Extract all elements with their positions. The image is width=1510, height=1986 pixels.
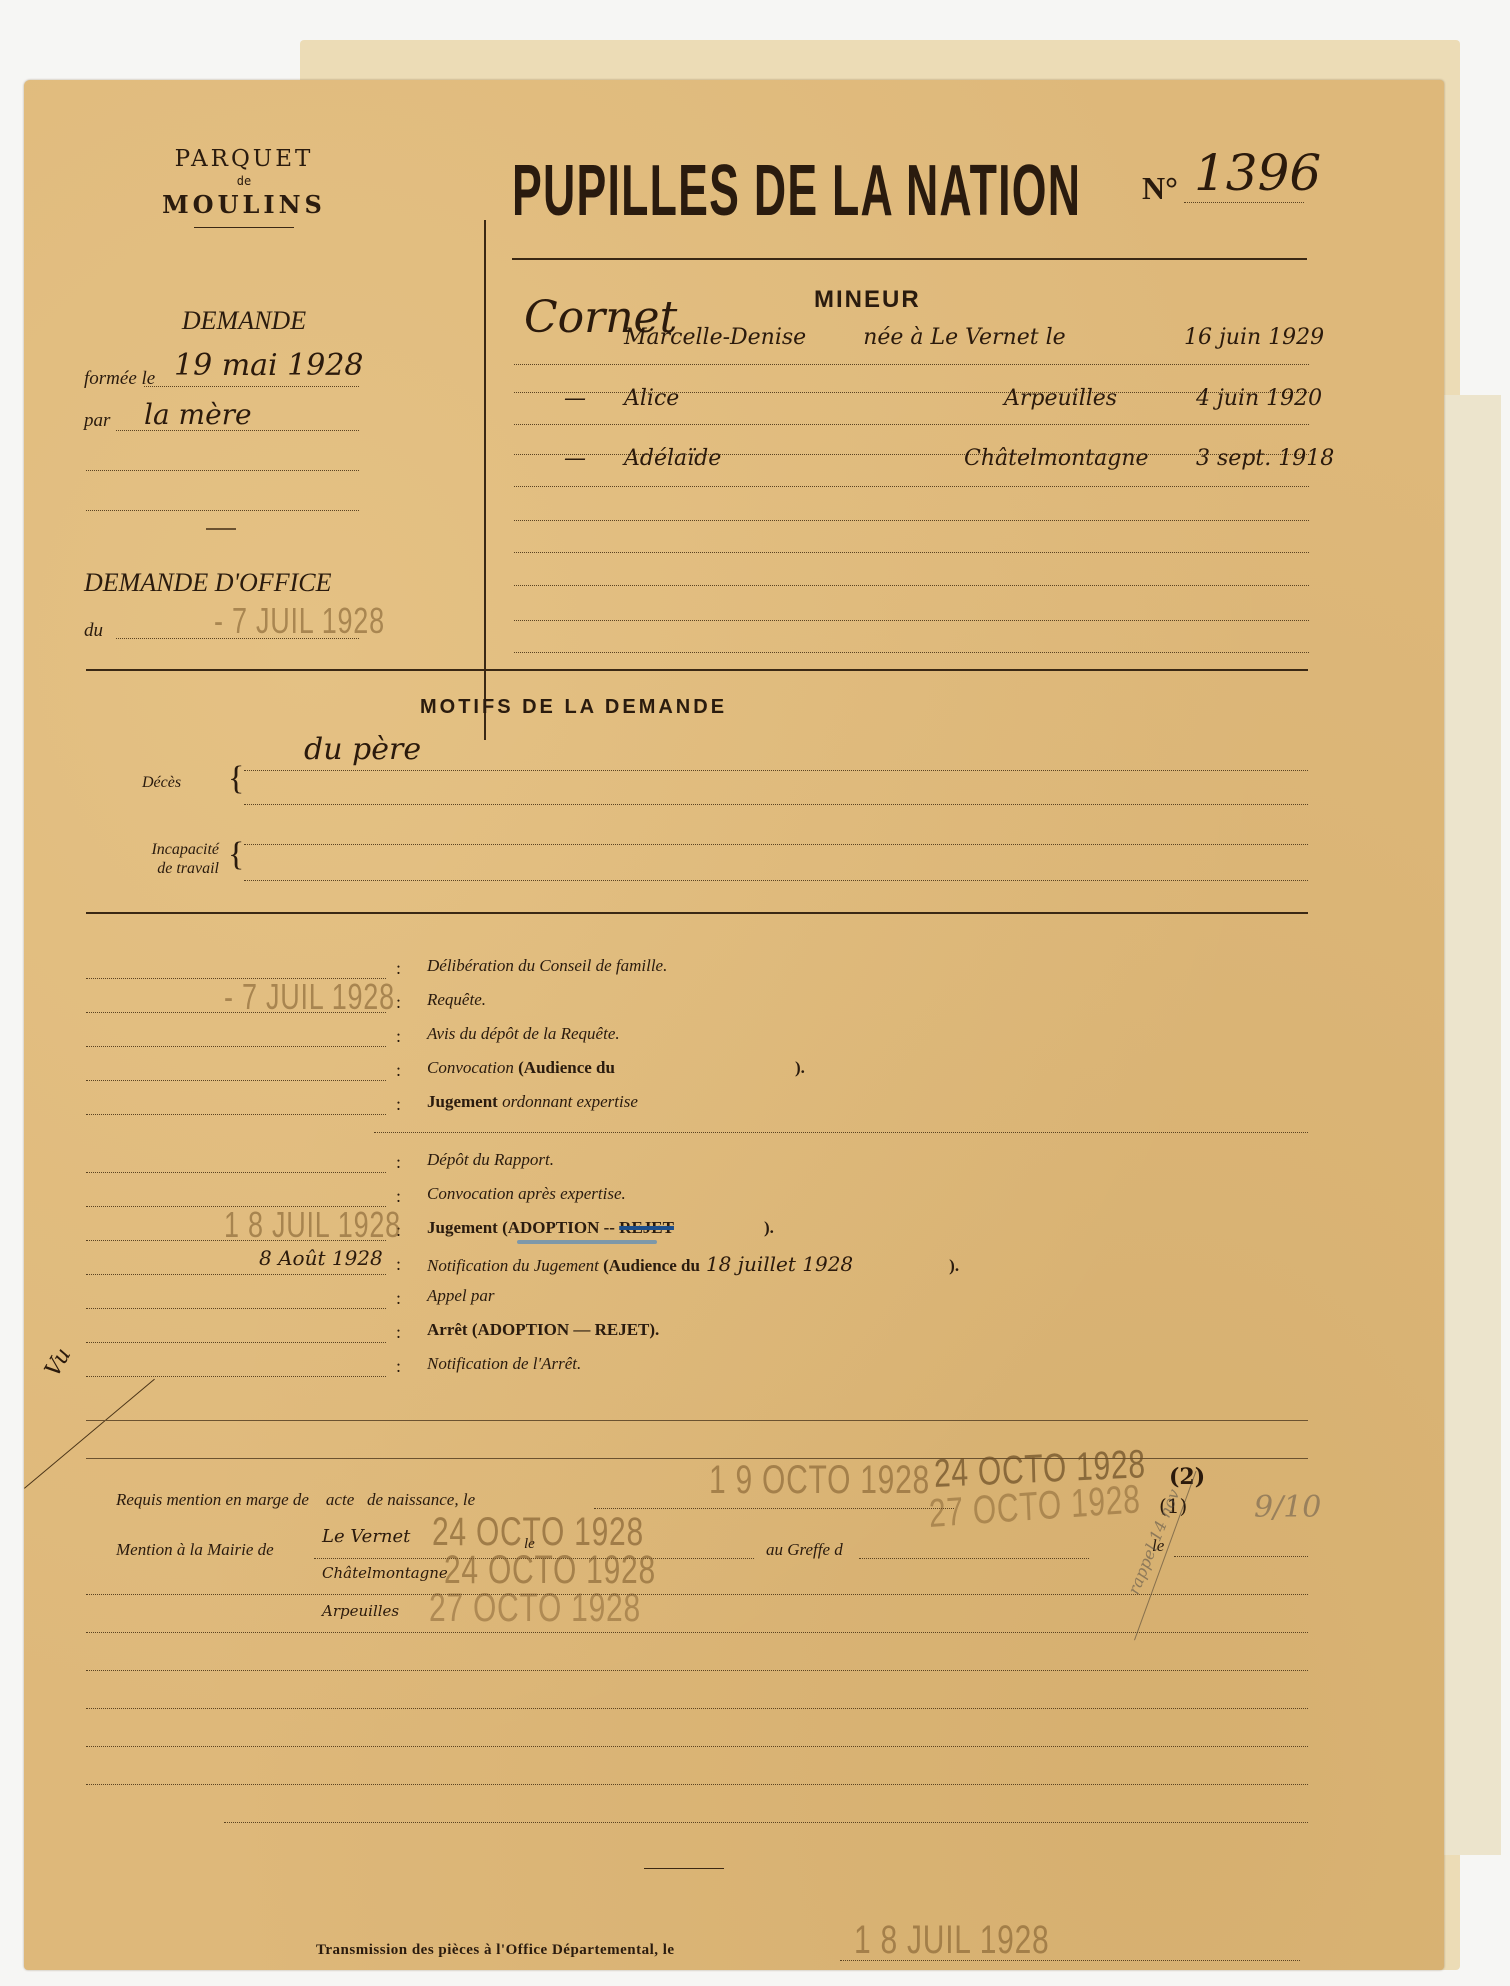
child-prefix: — xyxy=(564,446,586,471)
procedure-suffix: ). xyxy=(764,1218,774,1237)
mineur-line-8 xyxy=(514,585,1309,586)
procedure-colon: : xyxy=(396,1254,401,1275)
motifs-bottom-rule xyxy=(86,912,1308,914)
child-place: Châtelmontagne xyxy=(964,446,1149,471)
procedure-left-line xyxy=(86,1274,386,1275)
procedure-colon: : xyxy=(396,1094,401,1115)
du-stamp: - 7 JUIL 1928 xyxy=(214,600,385,642)
procedure-label-bold: (Audience du xyxy=(518,1058,615,1077)
blank-rule-5 xyxy=(86,1746,1308,1747)
margin-note: Vu xyxy=(40,1344,76,1381)
mairie-stamp-3: 27 OCTO 1928 xyxy=(429,1586,641,1631)
procedure-label: Dépôt du Rapport. xyxy=(427,1150,554,1169)
procedure-item: Notification de l'Arrêt. xyxy=(427,1354,581,1374)
child-name: Adélaïde xyxy=(624,446,721,471)
transmission-stamp: 1 8 JUIL 1928 xyxy=(854,1918,1049,1963)
parquet-de: de xyxy=(114,174,374,188)
mineur-line-10 xyxy=(514,652,1309,653)
blank-rule-7 xyxy=(224,1822,1308,1823)
deces-line-2 xyxy=(244,804,1308,805)
mineur-line-9 xyxy=(514,620,1309,621)
procedure-colon: : xyxy=(396,958,401,979)
mairie-place-2: Châtelmontagne xyxy=(322,1564,448,1582)
margin-slash xyxy=(24,1379,155,1489)
procedure-label-bold: Jugement (ADOPTION -- xyxy=(427,1218,619,1237)
procedure-colon: : xyxy=(396,1026,401,1047)
procedure-item: Arrêt (ADOPTION — REJET). xyxy=(427,1320,659,1340)
separator-line-1 xyxy=(86,1420,1308,1421)
formee-value: 19 mai 1928 xyxy=(174,348,364,383)
requis-note-2: (2) xyxy=(1169,1464,1205,1490)
requis-line xyxy=(594,1508,954,1509)
procedure-left-line xyxy=(86,1308,386,1309)
procedure-suffix: ). xyxy=(949,1256,959,1275)
footer-ornament xyxy=(644,1868,724,1869)
requis-stamp-1: 1 9 OCTO 1928 xyxy=(709,1458,930,1503)
procedure-label: Avis du dépôt de la Requête. xyxy=(427,1024,620,1043)
procedure-label-bold: Jugement xyxy=(427,1092,502,1111)
blank-rule-2 xyxy=(86,1632,1308,1633)
child-prefix: — xyxy=(564,386,586,411)
child-born-text: née à Le Vernet le xyxy=(863,325,1065,350)
incapacite-line-1 xyxy=(244,844,1308,845)
mineur-line-1 xyxy=(514,364,1309,365)
incapacite-line-2 xyxy=(244,880,1308,881)
formee-line xyxy=(144,386,359,387)
deces-brace: { xyxy=(228,760,244,798)
mineur-child-3: — Adélaïde Châtelmontagne 3 sept. 1918 xyxy=(624,446,1364,471)
deces-label: Décès xyxy=(142,774,181,792)
blank-line-2 xyxy=(86,510,359,511)
blank-rule-4 xyxy=(86,1708,1308,1709)
procedure-value: 18 juillet 1928 xyxy=(706,1252,853,1276)
mairie-place-3: Arpeuilles xyxy=(322,1602,399,1620)
incapacite-label: Incapacité de travail xyxy=(109,840,219,878)
mineur-line-5 xyxy=(514,486,1309,487)
blank-rule-6 xyxy=(86,1784,1308,1785)
par-label: par xyxy=(84,410,110,432)
mineur-line-6 xyxy=(514,520,1309,521)
procedure-item: Avis du dépôt de la Requête. xyxy=(427,1024,620,1044)
procedure-item: Délibération du Conseil de famille. xyxy=(427,956,667,976)
procedure-item: Dépôt du Rapport. xyxy=(427,1150,554,1170)
document-page: PARQUET de MOULINS DEMANDE formée le 19 … xyxy=(24,80,1444,1970)
child-name: Alice xyxy=(624,386,679,411)
procedure-item: Jugement (ADOPTION -- REJET). xyxy=(427,1218,774,1238)
number-label: N° xyxy=(1142,170,1178,207)
attached-graph-sheet xyxy=(1440,395,1501,1855)
procedure-label: Convocation après expertise. xyxy=(427,1184,626,1203)
procedure-label: Notification de l'Arrêt. xyxy=(427,1354,581,1373)
mineur-heading: MINEUR xyxy=(814,286,921,314)
procedure-label-italic: Convocation xyxy=(427,1058,518,1077)
transmission-label: Transmission des pièces à l'Office Dépar… xyxy=(316,1942,675,1959)
procedure-label-bold: Arrêt (ADOPTION — REJET). xyxy=(427,1320,659,1339)
child-name: Marcelle-Denise xyxy=(624,325,806,350)
small-divider xyxy=(206,528,236,530)
number-line xyxy=(1184,202,1304,203)
procedure-left-line xyxy=(86,1376,386,1377)
procedure-item: Convocation après expertise. xyxy=(427,1184,626,1204)
greffe-label: au Greffe d xyxy=(766,1540,843,1560)
mairie-label: Mention à la Mairie de xyxy=(116,1540,274,1560)
procedure-colon: : xyxy=(396,1322,401,1343)
demande-office-heading: DEMANDE D'OFFICE xyxy=(84,568,331,598)
incapacite-label-2: de travail xyxy=(109,859,219,878)
parquet-line2: MOULINS xyxy=(114,190,374,219)
procedure-left-value: 8 Août 1928 xyxy=(259,1246,383,1270)
header-vertical-divider xyxy=(484,220,486,740)
child-date: 4 juin 1920 xyxy=(1196,386,1322,411)
procedure-item: Convocation (Audience du). xyxy=(427,1058,805,1078)
procedure-colon: : xyxy=(396,1356,401,1377)
procedure-left-line xyxy=(86,1172,386,1173)
du-label: du xyxy=(84,620,103,642)
deces-line-1 xyxy=(244,770,1308,771)
incapacite-brace: { xyxy=(228,836,244,874)
procedure-label: Délibération du Conseil de famille. xyxy=(427,956,667,975)
procedure-left-value: - 7 JUIL 1928 xyxy=(224,976,395,1018)
mineur-line-7 xyxy=(514,552,1309,553)
procedure-label-italic: ordonnant expertise xyxy=(502,1092,638,1111)
requis-label: Requis mention en marge de acte de naiss… xyxy=(116,1490,475,1510)
procedure-item: Jugement ordonnant expertise xyxy=(427,1092,638,1112)
procedure-label-bold: (Audience du xyxy=(603,1256,700,1275)
page-title: PUPILLES DE LA NATION xyxy=(512,150,1081,232)
greffe-le-line xyxy=(1174,1556,1308,1557)
ornament-divider xyxy=(194,227,294,228)
blank-line-1 xyxy=(86,470,359,471)
procedure-suffix: ). xyxy=(795,1058,805,1077)
adoption-highlight-mark xyxy=(517,1240,657,1244)
child-date: 3 sept. 1918 xyxy=(1196,446,1334,471)
deces-value: du père xyxy=(304,732,421,767)
procedure-left-value: 1 8 JUIL 1928 xyxy=(224,1204,401,1246)
procedure-left-line xyxy=(86,1046,386,1047)
pencil-fraction: 9/10 xyxy=(1254,1490,1321,1525)
mineur-child-1: Marcelle-Denise née à Le Vernet le 16 ju… xyxy=(624,325,1364,350)
child-place: Arpeuilles xyxy=(1004,386,1117,411)
number-value: 1396 xyxy=(1194,144,1321,202)
procedure-left-line xyxy=(86,1080,386,1081)
incapacite-label-1: Incapacité xyxy=(109,840,219,859)
blank-rule-1 xyxy=(86,1594,1308,1595)
child-date: 16 juin 1929 xyxy=(1184,325,1324,350)
procedure-item: Notification du Jugement (Audience du18 … xyxy=(427,1252,959,1276)
procedure-left-line xyxy=(86,1342,386,1343)
procedure-label: Appel par xyxy=(427,1286,495,1305)
mineur-line-3 xyxy=(514,424,1309,425)
greffe-line xyxy=(859,1558,1089,1559)
procedure-struck: REJET xyxy=(619,1218,674,1237)
procedure-label-italic: Notification du Jugement xyxy=(427,1256,603,1275)
demande-heading: DEMANDE xyxy=(114,306,374,336)
procedure-left-line xyxy=(86,1114,386,1115)
par-value: la mère xyxy=(144,398,252,431)
parquet-title: PARQUET de MOULINS xyxy=(114,146,374,228)
blank-rule-3 xyxy=(86,1670,1308,1671)
motifs-heading: MOTIFS DE LA DEMANDE xyxy=(420,696,727,719)
procedure-colon: : xyxy=(396,1288,401,1309)
header-bottom-rule xyxy=(86,669,1308,671)
procedure-colon: : xyxy=(396,992,401,1013)
parquet-line1: PARQUET xyxy=(114,146,374,172)
procedure-label: Requête. xyxy=(427,990,486,1009)
mineur-child-2: — Alice Arpeuilles 4 juin 1920 xyxy=(624,386,1364,411)
procedure-item: Requête. xyxy=(427,990,486,1010)
expertise-divider xyxy=(374,1132,1308,1133)
procedure-colon: : xyxy=(396,1060,401,1081)
procedure-colon: : xyxy=(396,1152,401,1173)
title-underline xyxy=(512,258,1307,260)
mairie-place-1: Le Vernet xyxy=(322,1526,410,1547)
procedure-item: Appel par xyxy=(427,1286,495,1306)
